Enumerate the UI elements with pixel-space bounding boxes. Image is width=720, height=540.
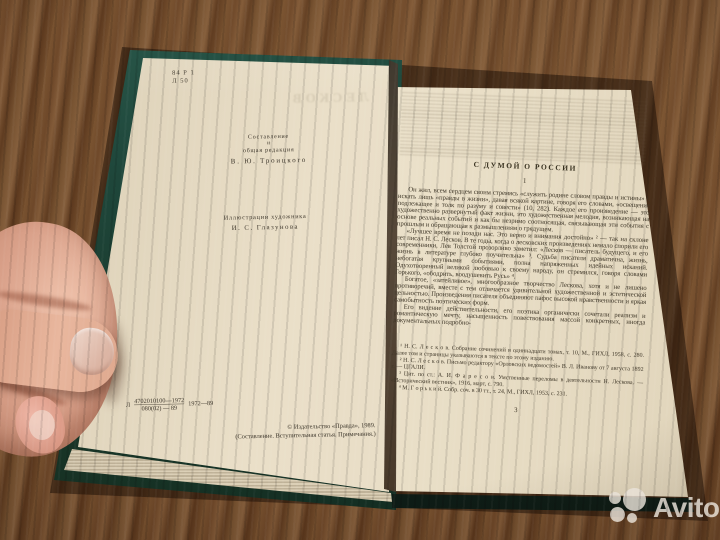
catalog-code: Л 4702010100—1972 080(02) — 89 1972—89 [126, 393, 375, 413]
footnotes: ¹ Н. С. Л е с к о в. Собрание сочинений … [391, 342, 645, 400]
right-page-content: С ДУМОЙ О РОССИИ 1 Он жил, всем сердцем … [390, 92, 654, 419]
editor-credit: Составление и общая редакция В. Ю. Троиц… [193, 131, 344, 166]
watermark-brand-text: Avito [653, 492, 719, 524]
show-through-title: ЛЕСКОВ [173, 90, 369, 109]
catalog-suffix: 1972—89 [188, 399, 213, 407]
show-through-text [400, 92, 648, 164]
fingertip-nail [29, 410, 55, 440]
catalog-denominator: 080(02) — 89 [134, 404, 184, 413]
credit-line: В. Ю. Троицкого [194, 156, 344, 167]
left-page-content: 84 Р 1 Л 50 ЛЕСКОВ Составление и общая р… [112, 65, 376, 444]
classification-stamp: 84 Р 1 Л 50 [172, 65, 368, 85]
illustrator-credit: Иллюстрации художника И. С. Глазунова [190, 211, 340, 235]
avito-logo-icon [606, 487, 646, 529]
catalog-fraction: 4702010100—1972 080(02) — 89 [134, 397, 184, 413]
body-text: Он жил, всем сердцем своим стремясь «слу… [393, 185, 650, 333]
catalog-prefix: Л [126, 401, 130, 409]
illustrator-line: И. С. Глазунова [190, 219, 340, 235]
photo-of-open-book: 84 Р 1 Л 50 ЛЕСКОВ Составление и общая р… [0, 0, 720, 540]
avito-watermark: Avito [606, 487, 719, 529]
